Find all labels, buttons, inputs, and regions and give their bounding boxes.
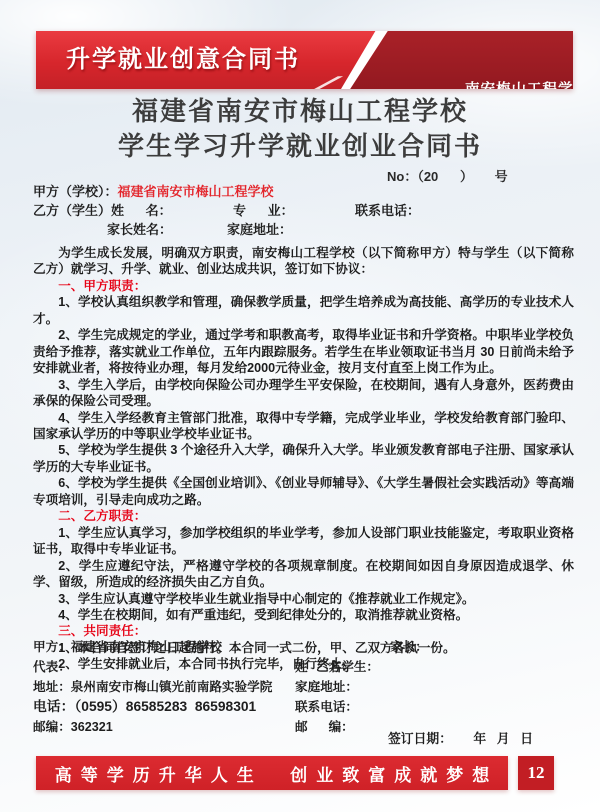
sign-a-telephone: 电话：（0595）86585283 86598301 (33, 697, 272, 717)
party-b-phone-label: 联系电话： (355, 201, 420, 220)
section-a-item: 6、学校为学生提供《全国创业培训》、《创业导师辅导》、《大学生暑假社会实践活动》… (33, 475, 574, 508)
sign-b-name-label: 姓 名： (295, 657, 379, 677)
sign-b-zipcode-label: 邮 编： (295, 717, 379, 737)
footer-slogan-bar: 高等学历升华人生 创业致富成就梦想 (36, 756, 508, 790)
sign-a-party: 甲方：福建省南安市梅山工程学校 (33, 637, 272, 657)
party-b-line1: 乙方（学生）姓 名： 专 业： 联系电话： (33, 201, 573, 220)
header-banner: 升学就业创意合同书 南安梅山工程学校 福建梅山实验学院 (36, 31, 573, 89)
section-a-item: 4、学生入学经教育主管部门批准，取得中专学籍，完成学业毕业，学校发给教育部门验印… (33, 410, 574, 443)
banner-school-block: 南安梅山工程学校 福建梅山实验学院 (416, 39, 573, 89)
section-b-item: 4、学生在校期间，如有严重违纪，受到纪律处分的，取消推荐就业资格。 (33, 607, 574, 623)
document-title: 福建省南安市梅山工程学校 学生学习升学就业创业合同书 (0, 94, 600, 164)
section-a-item: 5、学校为学生提供 3 个途径升入大学，确保升入大学。毕业颁发教育部电子注册、国… (33, 442, 574, 475)
school-name-line1: 南安梅山工程学校 (465, 80, 573, 89)
section-a-heading: 一、甲方职责： (33, 278, 574, 294)
sign-b-telephone-label: 联系电话： (295, 697, 379, 717)
sign-b-address-label: 家庭地址： (295, 677, 379, 697)
sign-b-line1: 乙方学生： 家长： (295, 637, 379, 657)
contract-page: 升学就业创意合同书 南安梅山工程学校 福建梅山实验学院 福建省南安市梅山工程学校… (0, 0, 600, 812)
signing-date-line: 签订日期： 年 月 日 (388, 728, 533, 747)
party-a-label: 甲方（学校）： (33, 184, 118, 199)
party-b-parent-label: 家长姓名： (107, 220, 172, 239)
section-a-item: 1、学校认真组织教学和管理，确保教学质量，把学生培养成为高技能、高学历的专业技术… (33, 294, 574, 327)
section-a-item: 2、学生完成规定的学业，通过学考和职教高考，取得毕业证书和升学资格。中职毕业学校… (33, 327, 574, 376)
party-a-line: 甲方（学校）：福建省南安市梅山工程学校 (33, 182, 573, 201)
intro-paragraph: 为学生成长发展，明确双方职责，南安梅山工程学校（以下简称甲方）特与学生（以下简称… (33, 245, 574, 278)
sign-a-address: 地址：泉州南安市梅山镇光前南路实验学院 (33, 677, 272, 697)
party-b-name-label: 乙方（学生）姓 名： (33, 203, 172, 218)
document-title-line2: 学生学习升学就业创业合同书 (0, 129, 600, 164)
page-number-badge: 12 (518, 756, 554, 790)
party-b-line2: 家长姓名： 家庭地址： (33, 220, 573, 239)
section-b-item: 1、学生应认真学习，参加学校组织的毕业学考，参加人设部门职业技能鉴定，考取职业资… (33, 525, 574, 558)
party-b-home-label: 家庭地址： (227, 220, 292, 239)
signature-party-a: 甲方：福建省南安市梅山工程学校 代表： 地址：泉州南安市梅山镇光前南路实验学院 … (33, 637, 272, 737)
sign-a-representative: 代表： (33, 657, 272, 677)
document-title-line1: 福建省南安市梅山工程学校 (0, 94, 600, 129)
section-a-item: 3、学生入学后，由学校向保险公司办理学生平安保险，在校期间，遇有人身意外，医药费… (33, 377, 574, 410)
section-b-heading: 二、乙方职责： (33, 508, 574, 524)
signature-party-b: 乙方学生： 家长： 姓 名： 家庭地址： 联系电话： 邮 编： (295, 637, 379, 737)
section-b-item: 2、学生应遵纪守法，严格遵守学校的各项规章制度。在校期间如因自身原因造成退学、休… (33, 558, 574, 591)
sign-a-zipcode: 邮编：362321 (33, 717, 272, 737)
banner-title: 升学就业创意合同书 (66, 31, 300, 89)
party-info: 甲方（学校）：福建省南安市梅山工程学校 乙方（学生）姓 名： 专 业： 联系电话… (33, 182, 573, 239)
sign-b-parent-label: 家长： (390, 637, 428, 657)
party-b-major-label: 专 业： (233, 201, 294, 220)
section-b-item: 3、学生应认真遵守学校毕业生就业指导中心制定的《推荐就业工作规定》。 (33, 591, 574, 607)
party-a-value: 福建省南安市梅山工程学校 (118, 184, 274, 199)
contract-body: 为学生成长发展，明确双方职责，南安梅山工程学校（以下简称甲方）特与学生（以下简称… (33, 245, 574, 673)
footer-slogan: 高等学历升华人生 创业致富成就梦想 (46, 761, 498, 786)
school-names: 南安梅山工程学校 福建梅山实验学院 (465, 39, 573, 89)
